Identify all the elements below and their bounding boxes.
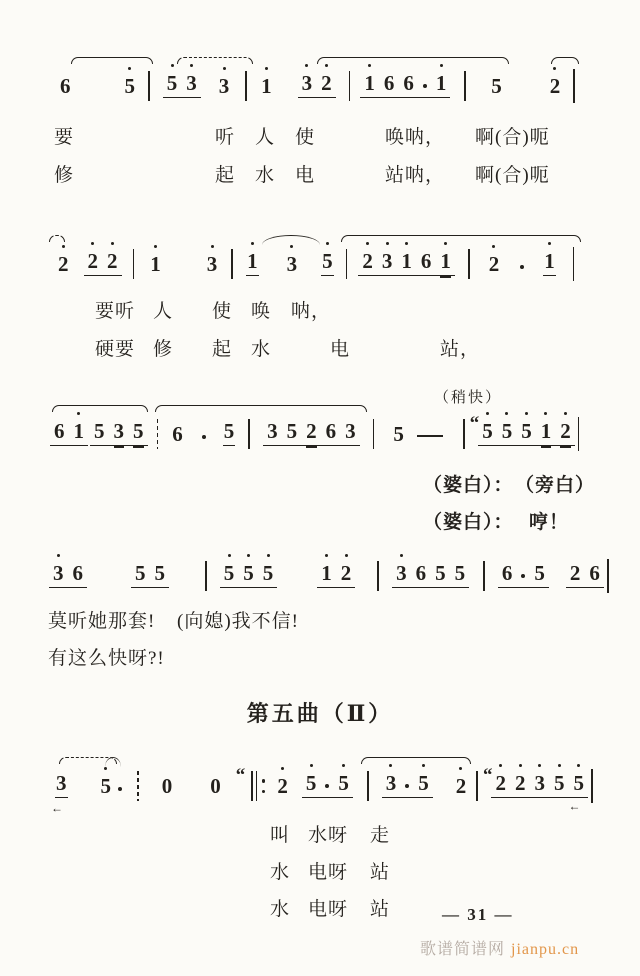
octave-dot bbox=[564, 412, 567, 415]
watermark-site-name: 歌谱简谱网 bbox=[420, 941, 505, 958]
note: 0 bbox=[161, 775, 174, 798]
note-digit: 3 bbox=[207, 252, 218, 276]
note-digit: 5 bbox=[482, 419, 493, 443]
note-digit: 3 bbox=[287, 252, 298, 276]
note: 3← bbox=[55, 772, 68, 798]
note-digit: 3 bbox=[219, 74, 230, 98]
note: 5 bbox=[124, 75, 137, 98]
lyric-segment: 听 bbox=[215, 122, 235, 149]
octave-dot bbox=[366, 242, 369, 245]
note: 5 bbox=[417, 772, 430, 795]
lyric-segment: 要 bbox=[54, 122, 74, 149]
note: 2 bbox=[305, 420, 318, 443]
lyric-segment: 电呀 bbox=[308, 857, 348, 884]
note-digit: 6 bbox=[403, 71, 414, 95]
quote-mark: “ bbox=[483, 766, 491, 785]
lyrics-row: 有这么快呀?! bbox=[45, 643, 625, 669]
notation-system-5: 3←500“255352“22355←叫水呀走水电呀站水电呀站 bbox=[45, 772, 625, 798]
lyric-segment: 电 bbox=[295, 160, 315, 187]
lyric-segment: 硬要 bbox=[95, 334, 135, 361]
note-digit: 6 bbox=[326, 419, 337, 443]
lyric-segment: 电呀 bbox=[308, 894, 348, 921]
octave-dot bbox=[77, 412, 80, 415]
octave-dot bbox=[91, 242, 94, 245]
barline bbox=[573, 247, 575, 281]
lyric-segment: 站， bbox=[440, 334, 480, 361]
note-digit: 5 bbox=[94, 419, 105, 443]
lyric-segment: 站 bbox=[370, 857, 390, 884]
note-digit: 5 bbox=[554, 771, 565, 795]
lyric-segment: 哼！ bbox=[529, 507, 569, 534]
octave-dot bbox=[325, 554, 328, 557]
beam-group: 36 bbox=[49, 562, 87, 588]
lyrics-row: 修起水电站呐，啊(合)呃 bbox=[45, 160, 625, 186]
note: 5 bbox=[132, 420, 145, 443]
octave-dot bbox=[553, 67, 556, 70]
note-digit: 1 bbox=[321, 561, 332, 585]
lyric-segment: 要听 bbox=[95, 296, 135, 323]
watermark: 歌谱简谱网jianpu.cn bbox=[420, 936, 579, 959]
octave-dot bbox=[305, 64, 308, 67]
note: 0 bbox=[209, 775, 222, 798]
octave-dot bbox=[251, 242, 254, 245]
note: 5 bbox=[242, 562, 255, 585]
lyric-segment: 使 bbox=[295, 122, 315, 149]
beam-group: 555 bbox=[220, 562, 278, 588]
barline bbox=[476, 771, 478, 801]
note: 2 bbox=[320, 72, 333, 95]
note: 3 bbox=[52, 562, 65, 585]
notation-system-1: 65533132166152要听人使唤呐，啊(合)呃修起水电站呐，啊(合)呃 bbox=[45, 72, 625, 98]
note: 3 bbox=[185, 72, 198, 95]
note-digit: 2 bbox=[306, 419, 317, 443]
notation-line: 65533132166152 bbox=[45, 72, 625, 98]
note: 5 bbox=[305, 772, 318, 795]
note: 3 bbox=[113, 420, 126, 443]
barline bbox=[256, 771, 258, 801]
note: 5 bbox=[321, 250, 334, 276]
note-digit: 2 bbox=[560, 419, 571, 443]
octave-dot bbox=[525, 412, 528, 415]
note: 5 bbox=[520, 420, 533, 443]
barline bbox=[578, 417, 580, 451]
octave-dot bbox=[190, 64, 193, 67]
beam-group: 22355← bbox=[491, 772, 588, 798]
lyric-segment: 水 bbox=[255, 160, 275, 187]
slur bbox=[49, 235, 65, 242]
note-digit: 6 bbox=[502, 561, 513, 585]
note: 6 bbox=[171, 423, 184, 446]
octave-dot bbox=[128, 67, 131, 70]
note: 6 bbox=[588, 562, 601, 585]
lyric-segment: 唤呐， bbox=[385, 122, 445, 149]
note-digit: 5 bbox=[224, 419, 235, 443]
note: 2 bbox=[87, 250, 100, 273]
slur bbox=[361, 757, 471, 764]
note: 3 bbox=[395, 562, 408, 585]
note: 2 bbox=[549, 75, 562, 98]
note: 5 bbox=[533, 562, 546, 585]
octave-dot bbox=[444, 242, 447, 245]
note-digit: 0 bbox=[162, 774, 173, 798]
note-digit: 3 bbox=[267, 419, 278, 443]
note-digit: 5 bbox=[435, 561, 446, 585]
lyrics-row: 叫水呀走 bbox=[45, 820, 625, 846]
octave-dot bbox=[325, 64, 328, 67]
lyric-segment: 起 bbox=[215, 160, 235, 187]
duration-dot bbox=[520, 265, 524, 269]
octave-dot bbox=[400, 554, 403, 557]
barline bbox=[251, 771, 253, 801]
note: 5← bbox=[572, 772, 585, 795]
octave-dot bbox=[519, 764, 522, 767]
note-digit: 2 bbox=[88, 249, 99, 273]
lyric-segment: 水 bbox=[270, 857, 290, 884]
slur bbox=[155, 405, 367, 412]
score-page: （稍快） 第五曲（Ⅱ） — 31 — 歌谱简谱网jianpu.cn 655331… bbox=[0, 0, 640, 976]
note: 1 bbox=[73, 420, 86, 443]
note: 5 bbox=[501, 420, 514, 443]
note: 5 bbox=[481, 420, 494, 443]
notation-system-2: 222131352316121要听人使唤呐，硬要修起水电站， bbox=[45, 250, 625, 276]
octave-dot bbox=[211, 245, 214, 248]
note: 1 bbox=[540, 420, 553, 443]
lyric-segment: （旁白） bbox=[515, 470, 595, 497]
beam-group: 12 bbox=[317, 562, 355, 588]
note: 1 bbox=[543, 250, 556, 276]
note-digit: 2 bbox=[58, 252, 69, 276]
lyrics-row: 要听人使唤呐，啊(合)呃 bbox=[45, 122, 625, 148]
lyrics-row: 莫听她那套!(向媳)我不信! bbox=[45, 606, 625, 632]
barline bbox=[245, 71, 247, 101]
octave-dot bbox=[310, 764, 313, 767]
note-digit: 3 bbox=[396, 561, 407, 585]
note: 1 bbox=[439, 250, 452, 273]
lyric-segment: 水呀 bbox=[308, 820, 348, 847]
lyric-segment: 叫 bbox=[270, 820, 290, 847]
watermark-link: jianpu.cn bbox=[511, 941, 579, 958]
note: 5 bbox=[337, 772, 350, 795]
octave-dot bbox=[290, 245, 293, 248]
barline bbox=[573, 69, 575, 103]
lyric-segment: 水 bbox=[270, 894, 290, 921]
octave-dot bbox=[486, 412, 489, 415]
octave-dot bbox=[422, 764, 425, 767]
octave-dot bbox=[228, 554, 231, 557]
note: 3 bbox=[301, 72, 314, 95]
note: 2 bbox=[340, 562, 353, 585]
note-digit: 5 bbox=[167, 71, 178, 95]
glissando-arrow: ← bbox=[51, 802, 63, 814]
slur bbox=[551, 57, 579, 64]
note-digit: 1 bbox=[74, 419, 85, 443]
octave-dot bbox=[499, 764, 502, 767]
note-digit: 5 bbox=[306, 771, 317, 795]
note: 1 bbox=[246, 250, 259, 276]
note: 2 bbox=[455, 775, 468, 798]
note: 6 bbox=[420, 250, 433, 273]
notation-line: 6153565352635“55512 bbox=[45, 420, 625, 446]
note: 5 bbox=[100, 775, 113, 798]
note-digit: 2 bbox=[321, 71, 332, 95]
lyric-segment: 啊(合)呃 bbox=[475, 122, 550, 149]
note-digit: 5 bbox=[133, 419, 144, 443]
note-digit: 6 bbox=[416, 561, 427, 585]
note-digit: 3 bbox=[56, 771, 67, 795]
barline bbox=[377, 561, 379, 591]
lyric-segment: 电 bbox=[330, 334, 350, 361]
note: 1 bbox=[320, 562, 333, 585]
repeat-start-barline bbox=[251, 771, 265, 801]
note: 6 bbox=[53, 420, 66, 443]
beam-group: 53 bbox=[163, 72, 201, 98]
slur bbox=[71, 57, 153, 64]
second-beam bbox=[114, 446, 125, 448]
note-digit: 5 bbox=[418, 771, 429, 795]
note: 2 bbox=[569, 562, 582, 585]
note: 1 bbox=[363, 72, 376, 95]
barline bbox=[248, 419, 250, 449]
note-digit: 3 bbox=[186, 71, 197, 95]
note: 6 bbox=[415, 562, 428, 585]
note: 3 bbox=[381, 250, 394, 273]
second-beam bbox=[440, 276, 451, 278]
octave-dot bbox=[538, 764, 541, 767]
octave-dot bbox=[62, 245, 65, 248]
octave-dot bbox=[544, 412, 547, 415]
lyric-segment: 走 bbox=[370, 820, 390, 847]
beam-group: 55 bbox=[131, 562, 169, 588]
note: 3 bbox=[533, 772, 546, 795]
note-digit: 3 bbox=[345, 419, 356, 443]
note: 5 bbox=[134, 562, 147, 585]
note-digit: 5 bbox=[135, 561, 146, 585]
beam-group: 35263 bbox=[263, 420, 360, 446]
note: 5 bbox=[223, 420, 236, 446]
octave-dot bbox=[505, 412, 508, 415]
note: 5 bbox=[262, 562, 275, 585]
beam-group: 23161 bbox=[358, 250, 455, 276]
duration-dot bbox=[118, 787, 122, 791]
octave-dot bbox=[154, 245, 157, 248]
lyric-segment: 人 bbox=[153, 296, 173, 323]
note-digit: 1 bbox=[247, 249, 258, 273]
octave-dot bbox=[459, 767, 462, 770]
note-digit: 2 bbox=[456, 774, 467, 798]
note: 5 bbox=[286, 420, 299, 443]
duration-dot bbox=[423, 84, 427, 88]
note: 5 bbox=[553, 772, 566, 795]
note: 2 bbox=[57, 253, 70, 276]
note: 2 bbox=[488, 253, 501, 276]
note: 6 bbox=[72, 562, 85, 585]
beam-group: 65 bbox=[498, 562, 549, 588]
barline bbox=[373, 419, 375, 449]
note-digit: 6 bbox=[421, 249, 432, 273]
barline bbox=[468, 249, 470, 279]
note-digit: 2 bbox=[495, 771, 506, 795]
slur bbox=[105, 757, 121, 767]
duration-dot bbox=[521, 574, 525, 578]
note: 3 bbox=[266, 420, 279, 443]
slur bbox=[177, 57, 253, 64]
slur bbox=[52, 405, 148, 412]
notation-line: 3←500“255352“22355← bbox=[45, 772, 625, 798]
lyric-segment: 站呐， bbox=[385, 160, 445, 187]
note: 2 bbox=[361, 250, 374, 273]
octave-dot bbox=[345, 554, 348, 557]
note-digit: 6 bbox=[54, 419, 65, 443]
note-digit: 1 bbox=[436, 71, 447, 95]
note-digit: 0 bbox=[210, 774, 221, 798]
note-digit: 5 bbox=[491, 74, 502, 98]
note: 2 bbox=[494, 772, 507, 795]
lyric-segment: 啊(合)呃 bbox=[475, 160, 550, 187]
note-digit: 3 bbox=[386, 771, 397, 795]
note: 5 bbox=[223, 562, 236, 585]
barline bbox=[148, 71, 150, 101]
glissando-arrow: ← bbox=[568, 800, 580, 812]
note: 6 bbox=[59, 75, 72, 98]
beam-group: 61 bbox=[50, 420, 88, 446]
beam-group: 1661 bbox=[360, 72, 450, 98]
barline bbox=[349, 71, 351, 101]
beam-group: 35 bbox=[382, 772, 433, 798]
slur bbox=[317, 57, 509, 64]
note-digit: 3 bbox=[53, 561, 64, 585]
octave-dot bbox=[342, 764, 345, 767]
beam-group: 26 bbox=[566, 562, 604, 588]
octave-dot bbox=[57, 554, 60, 557]
second-beam bbox=[560, 446, 571, 448]
note-digit: 5 bbox=[224, 561, 235, 585]
note: 1 bbox=[400, 250, 413, 273]
lyric-segment: （婆白）： bbox=[423, 507, 514, 534]
note: 3 bbox=[206, 253, 219, 276]
octave-dot bbox=[405, 242, 408, 245]
note-digit: 1 bbox=[261, 74, 272, 98]
note-digit: 5 bbox=[455, 561, 466, 585]
notation-system-4: 36555551236556526莫听她那套!(向媳)我不信!有这么快呀?! bbox=[45, 562, 625, 588]
octave-dot bbox=[104, 767, 107, 770]
note: 5 bbox=[490, 75, 503, 98]
note-digit: 3 bbox=[302, 71, 313, 95]
note-digit: 5 bbox=[393, 422, 404, 446]
barline bbox=[463, 419, 465, 449]
octave-dot bbox=[577, 764, 580, 767]
lyric-segment: 人 bbox=[255, 122, 275, 149]
note-digit: 6 bbox=[73, 561, 84, 585]
octave-dot bbox=[247, 554, 250, 557]
note-digit: 2 bbox=[107, 249, 118, 273]
note: 5 bbox=[454, 562, 467, 585]
note: 6 bbox=[383, 72, 396, 95]
barline bbox=[483, 561, 485, 591]
note-digit: 5 bbox=[322, 249, 333, 273]
lyric-segment: （婆白）： bbox=[423, 470, 514, 497]
note: 5 bbox=[392, 423, 405, 446]
note-digit: 5 bbox=[155, 561, 166, 585]
note-digit: 3 bbox=[382, 249, 393, 273]
octave-dot bbox=[265, 67, 268, 70]
note: 6 bbox=[501, 562, 514, 585]
octave-dot bbox=[440, 64, 443, 67]
beam-group: 32 bbox=[298, 72, 336, 98]
octave-dot bbox=[326, 242, 329, 245]
octave-dot bbox=[492, 245, 495, 248]
repeat-dots bbox=[262, 779, 266, 793]
beam-group: 3655 bbox=[392, 562, 469, 588]
note: 5 bbox=[434, 562, 447, 585]
note: 2 bbox=[559, 420, 572, 443]
note-digit: 6 bbox=[384, 71, 395, 95]
note-digit: 1 bbox=[150, 252, 161, 276]
note-digit: 2 bbox=[550, 74, 561, 98]
dialogue-row: （婆白）：（旁白） bbox=[45, 470, 625, 496]
barline bbox=[157, 419, 159, 449]
barline bbox=[367, 771, 369, 801]
beam-group: 22 bbox=[84, 250, 122, 276]
octave-dot bbox=[368, 64, 371, 67]
lyric-segment: 有这么快呀?! bbox=[48, 643, 165, 670]
octave-dot bbox=[267, 554, 270, 557]
lyric-segment: 站 bbox=[370, 894, 390, 921]
lyric-segment: 修 bbox=[153, 334, 173, 361]
note-digit: 5 bbox=[502, 419, 513, 443]
note-digit: 3 bbox=[114, 419, 125, 443]
barline bbox=[133, 249, 135, 279]
barline bbox=[346, 249, 348, 279]
lyric-segment: 莫听她那套! bbox=[48, 606, 155, 633]
note: 3 bbox=[385, 772, 398, 795]
note: 5 bbox=[154, 562, 167, 585]
note-digit: 5 bbox=[534, 561, 545, 585]
beam-group: 535 bbox=[90, 420, 148, 446]
barline bbox=[607, 559, 609, 593]
barline bbox=[137, 771, 139, 801]
note: 2 bbox=[106, 250, 119, 273]
note-digit: 2 bbox=[341, 561, 352, 585]
note-digit: 1 bbox=[541, 419, 552, 443]
note: 3 bbox=[344, 420, 357, 443]
note-digit: 1 bbox=[440, 249, 451, 273]
barline bbox=[591, 769, 593, 803]
second-beam bbox=[133, 446, 144, 448]
quote-mark: “ bbox=[236, 766, 244, 785]
duration-dot bbox=[202, 435, 206, 439]
note: 1 bbox=[149, 253, 162, 276]
note: 3 bbox=[286, 253, 299, 276]
octave-dot bbox=[389, 764, 392, 767]
note-digit: 3 bbox=[534, 771, 545, 795]
octave-dot bbox=[548, 242, 551, 245]
lyrics-row: 要听人使唤呐， bbox=[45, 296, 625, 322]
note: 1 bbox=[435, 72, 448, 95]
note: 2 bbox=[514, 772, 527, 795]
second-beam bbox=[306, 446, 317, 448]
lyric-segment: 唤 bbox=[251, 296, 271, 323]
note-digit: 2 bbox=[362, 249, 373, 273]
slur bbox=[341, 235, 581, 242]
second-beam bbox=[541, 446, 552, 448]
quote-mark: “ bbox=[470, 414, 478, 433]
note-digit: 5 bbox=[263, 561, 274, 585]
note: 3 bbox=[218, 75, 231, 98]
lyric-segment: 使 bbox=[212, 296, 232, 323]
barline bbox=[231, 249, 233, 279]
duration-dot bbox=[325, 784, 329, 788]
note-digit: 5 bbox=[573, 771, 584, 795]
